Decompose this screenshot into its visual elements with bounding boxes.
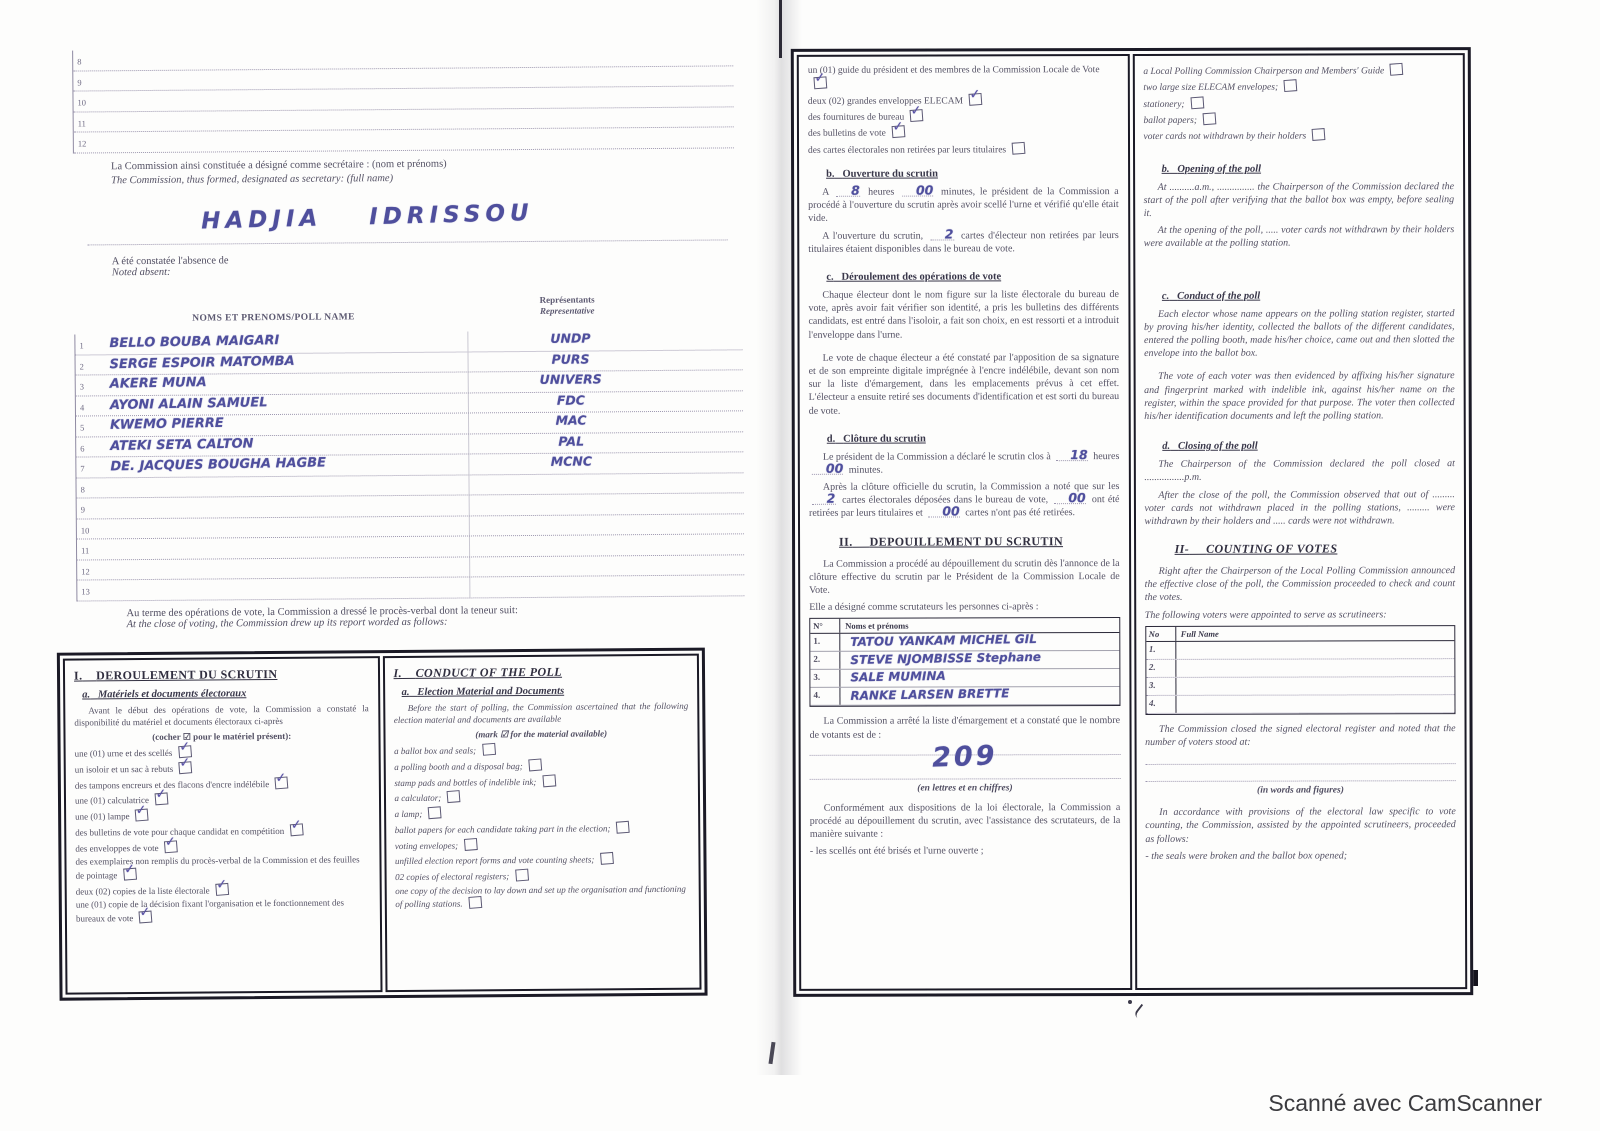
checkbox-icon: ✓ xyxy=(969,93,983,106)
checkbox-icon: ✓ xyxy=(813,77,827,90)
col-full-name: Full Name xyxy=(1176,626,1455,641)
right-page-box: un (01) guide du président et des membre… xyxy=(791,47,1473,997)
checkbox-icon xyxy=(428,806,442,819)
scrutineer-row: 2. xyxy=(1146,659,1455,678)
section-heading-fr: I. DEROULEMENT DU SCRUTIN xyxy=(74,666,369,683)
checkbox-icon xyxy=(1284,79,1298,92)
scrutineers-table-en: No Full Name 1. 2. xyxy=(1145,625,1456,715)
pen-scribble-mark xyxy=(1133,1004,1151,1022)
counting-heading-en: II- COUNTING OF VOTES xyxy=(1145,541,1456,557)
row-number: 5 xyxy=(80,422,84,432)
checkbox-icon xyxy=(468,896,482,909)
scrutineer-row: 1. xyxy=(1146,641,1455,660)
subsection-heading-en: a. Election Material and Documents xyxy=(402,685,689,698)
checklist-item: unfilled election report forms and vote … xyxy=(395,852,690,868)
handwritten-remaining-cards: 00 xyxy=(928,507,959,518)
checklist-item: a polling booth and a disposal bag; xyxy=(394,758,689,774)
row-number: 12 xyxy=(81,566,90,576)
checklist-item: two large size ELECAM envelopes; xyxy=(1143,79,1454,94)
scrutineers-table-header-en: No Full Name xyxy=(1146,626,1455,642)
checkbox-icon xyxy=(482,743,496,756)
members-table-rows: 1 BELLO BOUBA MAIGARI UNDP 2 SERGE ESPOI… xyxy=(74,329,744,601)
checklist-item: ballot papers; xyxy=(1143,112,1454,127)
checkbox-icon: ✓ xyxy=(179,761,193,774)
checkbox-icon xyxy=(1203,112,1217,125)
opening-p2-en: At the opening of the poll, ..... voter … xyxy=(1144,223,1455,250)
member-row: 13 xyxy=(77,575,744,601)
handwritten-withdrawn-cards: 00 xyxy=(1054,493,1085,504)
line-number: 8 xyxy=(77,56,81,66)
opening-p1-en: At ..........a.m., ............... the C… xyxy=(1144,180,1455,220)
handwritten-member-name: AKERE MUNA xyxy=(110,375,207,392)
row-number: 6 xyxy=(80,443,84,453)
opening-p2-fr: A l'ouverture du scrutin, 2 cartes d'éle… xyxy=(808,229,1119,256)
checkbox-icon xyxy=(515,868,529,881)
counting-heading-fr: II. DEPOUILLEMENT DU SCRUTIN xyxy=(809,534,1120,550)
scrutineers-table-header-fr: N° Noms et prénoms xyxy=(810,618,1119,634)
materials-intro-fr: Avant le début des opérations de vote, l… xyxy=(74,703,369,729)
checkbox-icon: ✓ xyxy=(290,823,304,836)
checkbox-icon: ✓ xyxy=(215,882,229,895)
handwritten-party: PAL xyxy=(516,433,626,449)
handwritten-deposited-cards: 2 xyxy=(812,494,836,505)
seals-bullet-fr: - les scellés ont été brisés et l'urne o… xyxy=(810,844,1121,858)
column-header-names: NOMS ET PRENOMS/POLL NAME xyxy=(192,312,355,323)
check-mark: ✓ xyxy=(275,770,287,788)
checklist-item: a Local Polling Commission Chairperson a… xyxy=(1143,63,1454,78)
scrutineer-row: 2. STEVE NJOMBISSE Stephane xyxy=(810,651,1119,670)
ruled-line: 12 xyxy=(74,127,734,153)
checklist-item: des fournitures de bureau✓ xyxy=(808,109,1119,124)
checkbox-icon: ✓ xyxy=(135,809,149,822)
members-table: NOMS ET PRENOMS/POLL NAME Représentants … xyxy=(74,293,744,601)
counting-p2-fr: Elle a désigné comme scrutateurs les per… xyxy=(809,600,1120,614)
checklist-item: une (01) calculatrice✓ xyxy=(75,792,370,808)
checkbox-icon xyxy=(616,821,630,834)
pen-dot-mark xyxy=(1128,1000,1132,1004)
handwritten-party xyxy=(516,474,626,475)
section-heading-en: I. CONDUCT OF THE POLL xyxy=(393,664,688,681)
handwritten-member-name: KWEMO PIERRE xyxy=(110,416,224,433)
check-mark: ✓ xyxy=(910,103,922,121)
handwritten-member-name: DE. JACQUES BOUGHA HAGBE xyxy=(110,455,326,474)
check-mark: ✓ xyxy=(216,877,228,895)
checklist-item: des enveloppes de vote✓ xyxy=(75,839,370,855)
handwritten-party xyxy=(517,494,627,495)
row-number: 2 xyxy=(80,361,84,371)
checklist-item: des bulletins de vote pour chaque candid… xyxy=(75,823,370,839)
col-number: N° xyxy=(810,619,840,633)
handwritten-party xyxy=(517,515,627,516)
row-number: 8 xyxy=(81,484,85,494)
handwritten-party: UNIVERS xyxy=(516,371,626,387)
accordance-p-fr: Conformément aux dispositions de la loi … xyxy=(810,801,1121,841)
checklist-item: une (01) copie de la décision fixant l'o… xyxy=(76,898,371,926)
check-mark: ✓ xyxy=(139,905,151,923)
secretary-designation: La Commission ainsi constituée a désigné… xyxy=(111,156,671,188)
handwritten-cards-count: 2 xyxy=(930,229,954,240)
line-number: 9 xyxy=(77,77,81,87)
in-words-figures-note-en: (in words and figures) xyxy=(1145,785,1456,796)
col-names: Noms et prénoms xyxy=(840,618,1119,633)
numbered-ruled-lines: 8 9 10 11 12 xyxy=(72,45,734,153)
check-mark: ✓ xyxy=(123,862,135,880)
absent-note: A été constatée l'absence de Noted absen… xyxy=(112,253,512,278)
closing-p2-fr: Après la clôture officielle du scrutin, … xyxy=(809,480,1120,520)
handwritten-member-name: SERGE ESPOIR MATOMBA xyxy=(109,353,294,371)
check-mark: ✓ xyxy=(155,787,167,805)
line-number: 11 xyxy=(78,118,86,128)
subsection-heading-fr: a. Matériels et documents électoraux xyxy=(82,687,369,700)
row-number: 4. xyxy=(1146,696,1176,713)
checklist-item: voting envelopes; xyxy=(395,836,690,852)
closing-p1-en: The Chairperson of the Commission declar… xyxy=(1144,457,1455,484)
checkbox-icon: ✓ xyxy=(155,793,169,806)
scanned-document: 8 9 10 11 12 La Commission xyxy=(0,0,1600,1131)
closing-p1-fr: Le président de la Commission a déclaré … xyxy=(809,450,1120,477)
row-number: 9 xyxy=(81,504,85,514)
checklist-item: deux (02) copies de la liste électorale✓ xyxy=(76,882,371,898)
check-mark: ✓ xyxy=(136,803,148,821)
row-number: 4 xyxy=(80,402,84,412)
closing-title-en: d. Closing of the poll xyxy=(1162,440,1455,452)
checkbox-icon xyxy=(464,837,478,850)
opening-p1-fr: A 8 heures 00 minutes, le président de l… xyxy=(808,185,1119,225)
checklist-item: des cartes électorales non retirées par … xyxy=(808,142,1119,157)
checklist-item: a lamp; xyxy=(395,805,690,821)
col-number: No xyxy=(1146,627,1176,641)
handwritten-minute: 00 xyxy=(902,186,933,197)
checkbox-icon xyxy=(600,852,614,865)
handwritten-party xyxy=(517,576,627,577)
members-table-header: NOMS ET PRENOMS/POLL NAME Représentants … xyxy=(74,293,742,334)
camscanner-watermark: Scanné avec CamScanner xyxy=(1268,1090,1542,1117)
seals-bullet-en: - the seals were broken and the ballot b… xyxy=(1145,849,1456,863)
right-column-fr: un (01) guide du président et des membre… xyxy=(797,54,1132,991)
scrutineer-row: 3. SALE MUMINA xyxy=(810,669,1119,688)
handwritten-hour: 8 xyxy=(836,186,860,197)
handwritten-close-hour: 18 xyxy=(1056,450,1087,461)
checklist-item: one copy of the decision to lay down and… xyxy=(395,883,690,911)
checkbox-icon xyxy=(1012,142,1026,155)
opening-title-en: b. Opening of the poll xyxy=(1162,163,1455,175)
checkbox-icon xyxy=(1190,96,1204,109)
row-number: 2. xyxy=(810,652,840,669)
checklist-item: ballot papers for each candidate taking … xyxy=(395,821,690,837)
materials-column-en: I. CONDUCT OF THE POLL a. Election Mater… xyxy=(382,654,701,992)
handwritten-close-minute: 00 xyxy=(812,464,843,475)
checkbox-icon xyxy=(1390,63,1404,76)
handwritten-member-name: AYONI ALAIN SAMUEL xyxy=(110,395,268,413)
accordance-p-en: In accordance with provisions of the ele… xyxy=(1145,805,1456,845)
conduct-p1-fr: Chaque électeur dont le nom figure sur l… xyxy=(808,288,1119,342)
row-number: 1 xyxy=(79,340,83,350)
row-number: 1. xyxy=(1146,642,1176,659)
checklist-item: deux (02) grandes enveloppes ELECAM✓ xyxy=(808,93,1119,108)
handwritten-party: FDC xyxy=(516,392,626,408)
check-mark: ✓ xyxy=(290,817,302,835)
counting-p1-en: Right after the Chairperson of the Local… xyxy=(1145,564,1456,604)
handwritten-party xyxy=(517,556,627,557)
scrutineer-row: 3. xyxy=(1146,677,1455,696)
checkbox-icon: ✓ xyxy=(164,840,178,853)
conduct-p2-fr: Le vote de chaque électeur a été constat… xyxy=(809,351,1120,418)
conduct-p1-en: Each elector whose name appears on the p… xyxy=(1144,307,1455,361)
column-header-representative: Représentants Representative xyxy=(512,294,622,317)
checkbox-icon xyxy=(542,774,556,787)
handwritten-party xyxy=(517,535,627,536)
row-number: 2. xyxy=(1146,660,1176,677)
counting-p2-en: The following voters were appointed to s… xyxy=(1145,608,1456,622)
row-number: 3. xyxy=(1146,678,1176,695)
handwritten-party: MCNC xyxy=(516,453,626,469)
conduct-p2-en: The vote of each voter was then evidence… xyxy=(1144,370,1455,424)
checklist-item: des tampons encreurs et des flacons d'en… xyxy=(75,776,370,792)
checkbox-icon: ✓ xyxy=(275,776,289,789)
closing-title-fr: d. Clôture du scrutin xyxy=(827,433,1120,445)
line-number: 10 xyxy=(77,97,86,107)
checklist-item: 02 copies of electoral registers; xyxy=(395,868,690,884)
handwritten-member-name: BELLO BOUBA MAIGARI xyxy=(109,333,279,351)
counting-p1-fr: La Commission a procédé au dépouillement… xyxy=(809,557,1120,597)
handwritten-party: MAC xyxy=(516,412,626,428)
row-number: 3 xyxy=(80,381,84,391)
row-number: 7 xyxy=(80,463,84,473)
materials-mark-note-en: (mark ☑ for the material available) xyxy=(394,728,689,741)
in-words-figures-note-fr: (en lettres et en chiffres) xyxy=(810,783,1121,794)
line-number: 12 xyxy=(78,138,87,148)
checklist-item: une (01) urne et des scellés✓ xyxy=(75,745,370,761)
checklist-item: a calculator; xyxy=(394,789,689,805)
check-mark: ✓ xyxy=(969,87,981,105)
materials-column-fr: I. DEROULEMENT DU SCRUTIN a. Matériels e… xyxy=(63,656,382,994)
checklist-item: un (01) guide du président et des membre… xyxy=(808,64,1119,92)
materials-box: I. DEROULEMENT DU SCRUTIN a. Matériels e… xyxy=(57,648,708,1001)
checkbox-icon: ✓ xyxy=(891,126,905,139)
checklist-item: stamp pads and bottles of indelible ink; xyxy=(394,773,689,789)
right-column-en: a Local Polling Commission Chairperson a… xyxy=(1132,53,1467,990)
conduct-title-fr: c. Déroulement des opérations de vote xyxy=(826,271,1119,283)
row-number: 10 xyxy=(81,525,90,535)
checkbox-icon xyxy=(528,759,542,772)
scrutineers-table-fr: N° Noms et prénoms 1. TATOU YANKAM MICHE… xyxy=(809,617,1120,707)
handwritten-party: UNDP xyxy=(515,330,625,346)
checklist-item: a ballot box and seals; xyxy=(394,742,689,758)
checklist-item: voter cards not withdrawn by their holde… xyxy=(1143,129,1454,144)
check-mark: ✓ xyxy=(892,120,904,138)
conduct-title-en: c. Conduct of the poll xyxy=(1162,290,1455,302)
checkbox-icon: ✓ xyxy=(123,868,137,881)
fold-edge-top xyxy=(779,0,782,58)
dotted-line xyxy=(1145,750,1456,765)
checkbox-icon xyxy=(447,791,461,804)
dotted-line xyxy=(1145,764,1456,782)
check-mark: ✓ xyxy=(165,834,177,852)
scrutineer-row: 1. TATOU YANKAM MICHEL GIL xyxy=(810,633,1119,652)
check-mark: ✓ xyxy=(179,755,191,773)
close-of-voting-note: Au terme des opérations de vote, la Comm… xyxy=(126,603,726,630)
scrutineer-row: 4. RANKE LARSEN BRETTE xyxy=(810,687,1119,706)
checklist-item: un isoloir et un sac à rebuts✓ xyxy=(75,760,370,776)
opening-title-fr: b. Ouverture du scrutin xyxy=(826,168,1119,180)
checkbox-icon xyxy=(1312,128,1326,141)
checkbox-icon: ✓ xyxy=(910,109,924,122)
scrutineer-row: 4. xyxy=(1146,695,1455,714)
right-page: un (01) guide du président et des membre… xyxy=(791,47,1473,997)
checklist-item: une (01) lampe✓ xyxy=(75,807,370,823)
left-page: 8 9 10 11 12 La Commission xyxy=(26,5,776,1083)
handwritten-party: PURS xyxy=(515,351,625,367)
check-mark: ✓ xyxy=(814,71,826,89)
checkbox-icon: ✓ xyxy=(139,910,153,923)
handwritten-member-name: ATEKI SETA CALTON xyxy=(110,436,253,454)
row-number: 3. xyxy=(810,670,840,687)
closing-p2-en: After the close of the poll, the Commiss… xyxy=(1144,488,1455,528)
register-p-en: The Commission closed the signed elector… xyxy=(1145,722,1456,749)
row-number: 4. xyxy=(810,688,840,705)
checklist-item: stationery; xyxy=(1143,96,1454,111)
handwritten-scrutineer-name: SALE MUMINA xyxy=(850,669,946,685)
row-number: 13 xyxy=(81,586,90,596)
row-number: 11 xyxy=(81,545,89,555)
row-number: 1. xyxy=(810,634,840,651)
checklist-item: des bulletins de vote✓ xyxy=(808,125,1119,140)
materials-mark-note-fr: (cocher ☑ pour le matériel présent): xyxy=(74,731,369,744)
materials-intro-en: Before the start of polling, the Commiss… xyxy=(394,701,689,727)
